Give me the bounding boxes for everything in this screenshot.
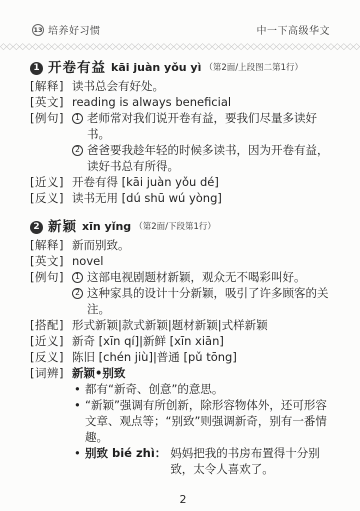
entry-title: 1 开卷有益 kāi juàn yǒu yì （第2面/上段图二第1行） xyxy=(30,60,336,76)
antonym-row: [反义] 读书无用 [dú shū wú yòng] xyxy=(30,190,336,206)
page-number: 2 xyxy=(30,492,336,508)
entry-source-ref: （第2面/上段图二第1行） xyxy=(204,60,303,76)
row-label: [解释] xyxy=(30,78,72,94)
vocab-entry-xinying: 2 新颖 xīn yǐng （第2面/下段第1行） [解释] 新而别致。 [英文… xyxy=(30,219,336,477)
vocab-entry-kaijuanyouyi: 1 开卷有益 kāi juàn yǒu yì （第2面/上段图二第1行） [解释… xyxy=(30,60,336,206)
row-text: 新而别致。 xyxy=(72,237,336,253)
chapter-title: 培养好习惯 xyxy=(48,22,101,37)
row-text: 陈旧 [chén jiù]|普通 [pǔ tōng] xyxy=(72,349,336,365)
sentence-text: 爸爸要我趁年轻的时候多读书，因为开卷有益，读好书总有所得。 xyxy=(87,142,336,174)
row-label: [近义] xyxy=(30,333,72,349)
bullet-item: • 别致 bié zhì： 妈妈把我的书房布置得十分别致，太令人喜欢了。 xyxy=(72,445,336,477)
example-row: [例句] 1 这部电视剧题材新颖，观众无不喝彩叫好。 2 这种家具的设计十分新颖… xyxy=(30,269,336,317)
word-discrimination-heading: 新颖•别致 xyxy=(72,365,336,381)
english-row: [英文] reading is always beneficial xyxy=(30,94,336,110)
definition-row: [解释] 读书总会有好处。 xyxy=(30,78,336,94)
entry-number-badge: 1 xyxy=(30,62,43,75)
row-text: novel xyxy=(72,253,336,269)
row-label: [例句] xyxy=(30,110,72,126)
book-title: 中一下高级华文 xyxy=(257,22,331,37)
circled-number-icon: 2 xyxy=(72,288,83,299)
collocation-row: [搭配] 形式新颖|款式新颖|题材新颖|式样新颖 xyxy=(30,317,336,333)
row-text: 读书总会有好处。 xyxy=(72,78,336,94)
word-discrimination-row: [词辨] 新颖•别致 • 都有“新奇、创意”的意思。 • “新颖”强调有所创新，… xyxy=(30,365,336,477)
entry-title: 2 新颖 xīn yǐng （第2面/下段第1行） xyxy=(30,219,336,235)
definition-row: [解释] 新而别致。 xyxy=(30,237,336,253)
page-content: 1 开卷有益 kāi juàn yǒu yì （第2面/上段图二第1行） [解释… xyxy=(0,53,360,508)
chapter-number-badge: 13 xyxy=(32,24,44,36)
synonym-row: [近义] 新奇 [xīn qí]|新鲜 [xīn xiān] xyxy=(30,333,336,349)
sentence-text: 这部电视剧题材新颖，观众无不喝彩叫好。 xyxy=(87,269,336,285)
textbook-page: 13 培养好习惯 中一下高级华文 ◇◇◇◇◇◇◇◇◇◇◇◇◇◇◇◇◇◇◇◇◇◇◇… xyxy=(0,0,360,511)
bullet-item: • “新颖”强调有所创新，除形容物体外，还可形容文章、观点等；“别致”则强调新奇… xyxy=(72,397,336,445)
bullet-item: • 都有“新奇、创意”的意思。 xyxy=(72,381,336,397)
row-label: [近义] xyxy=(30,174,72,190)
circled-number-icon: 1 xyxy=(72,113,83,124)
bullet-icon: • xyxy=(74,445,85,461)
entry-source-ref: （第2面/下段第1行） xyxy=(134,219,216,235)
row-text: 读书无用 [dú shū wú yòng] xyxy=(72,190,336,206)
row-label: [反义] xyxy=(30,190,72,206)
bullet-text: 都有“新奇、创意”的意思。 xyxy=(85,381,336,397)
entry-pinyin: xīn yǐng xyxy=(82,219,131,235)
sentence-text: 老师常对我们说开卷有益，要我们尽量多读好书。 xyxy=(87,110,336,142)
antonym-row: [反义] 陈旧 [chén jiù]|普通 [pǔ tōng] xyxy=(30,349,336,365)
example-sentence: 2 这种家具的设计十分新颖，吸引了许多顾客的关注。 xyxy=(72,285,336,317)
chain-border-decoration: ◇◇◇◇◇◇◇◇◇◇◇◇◇◇◇◇◇◇◇◇◇◇◇◇◇◇◇◇◇◇◇◇◇◇◇◇◇◇◇◇… xyxy=(0,42,360,53)
row-text: reading is always beneficial xyxy=(72,94,336,110)
bullet-text: 别致 bié zhì： 妈妈把我的书房布置得十分别致，太令人喜欢了。 xyxy=(85,445,336,477)
entry-pinyin: kāi juàn yǒu yì xyxy=(111,60,201,76)
row-label: [反义] xyxy=(30,349,72,365)
entry-word: 开卷有益 xyxy=(48,60,106,76)
bullet-lead-word: 别致 bié zhì： xyxy=(85,445,166,461)
circled-number-icon: 2 xyxy=(72,145,83,156)
word-discrimination-content: 新颖•别致 • 都有“新奇、创意”的意思。 • “新颖”强调有所创新，除形容物体… xyxy=(72,365,336,477)
row-text: 形式新颖|款式新颖|题材新颖|式样新颖 xyxy=(72,317,336,333)
bullet-icon: • xyxy=(74,397,85,413)
synonym-row: [近义] 开卷有得 [kāi juàn yǒu dé] xyxy=(30,174,336,190)
row-text: 开卷有得 [kāi juàn yǒu dé] xyxy=(72,174,336,190)
example-sentence: 2 爸爸要我趁年轻的时候多读书，因为开卷有益，读好书总有所得。 xyxy=(72,142,336,174)
row-label: [搭配] xyxy=(30,317,72,333)
example-sentence: 1 这部电视剧题材新颖，观众无不喝彩叫好。 xyxy=(72,269,336,285)
bullet-text: “新颖”强调有所创新，除形容物体外，还可形容文章、观点等；“别致”则强调新奇，别… xyxy=(85,397,336,445)
row-text: 新奇 [xīn qí]|新鲜 [xīn xiān] xyxy=(72,333,336,349)
entry-word: 新颖 xyxy=(48,219,77,235)
row-label: [英文] xyxy=(30,253,72,269)
chapter-heading: 13 培养好习惯 xyxy=(32,22,101,37)
row-label: [例句] xyxy=(30,269,72,285)
row-label: [英文] xyxy=(30,94,72,110)
sentence-text: 这种家具的设计十分新颖，吸引了许多顾客的关注。 xyxy=(87,285,336,317)
row-label: [词辨] xyxy=(30,365,72,381)
bullet-icon: • xyxy=(74,381,85,397)
bullet-sentence: 妈妈把我的书房布置得十分别致，太令人喜欢了。 xyxy=(170,445,336,477)
example-sentences: 1 老师常对我们说开卷有益，要我们尽量多读好书。 2 爸爸要我趁年轻的时候多读书… xyxy=(72,110,336,174)
row-label: [解释] xyxy=(30,237,72,253)
circled-number-icon: 1 xyxy=(72,272,83,283)
english-row: [英文] novel xyxy=(30,253,336,269)
page-header: 13 培养好习惯 中一下高级华文 xyxy=(0,0,360,37)
example-sentences: 1 这部电视剧题材新颖，观众无不喝彩叫好。 2 这种家具的设计十分新颖，吸引了许… xyxy=(72,269,336,317)
example-row: [例句] 1 老师常对我们说开卷有益，要我们尽量多读好书。 2 爸爸要我趁年轻的… xyxy=(30,110,336,174)
example-sentence: 1 老师常对我们说开卷有益，要我们尽量多读好书。 xyxy=(72,110,336,142)
entry-number-badge: 2 xyxy=(30,221,43,234)
